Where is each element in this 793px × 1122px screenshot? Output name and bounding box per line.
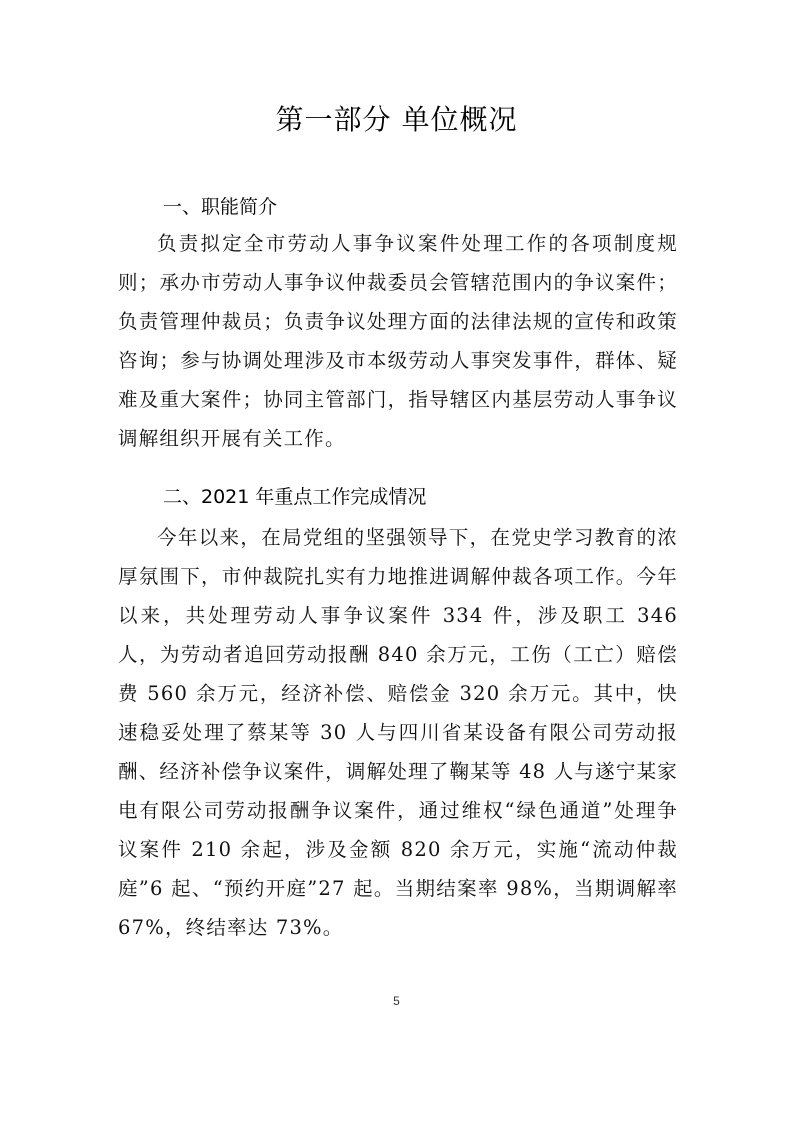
section-heading-functions: 一、职能简介: [163, 193, 277, 221]
section-heading-2021-work: 二、2021 年重点工作完成情况: [163, 483, 426, 511]
paragraph-2021-work: 今年以来，在局党组的坚强领导下，在党史学习教育的浓厚氛围下，市仲裁院扎实有力地推…: [118, 518, 678, 947]
page-title: 第一部分 单位概况: [0, 100, 793, 140]
paragraph-functions: 负责拟定全市劳动人事争议案件处理工作的各项制度规则；承办市劳动人事争议仲裁委员会…: [118, 224, 678, 458]
page-number: 5: [0, 994, 793, 1008]
document-page: 第一部分 单位概况 一、职能简介 负责拟定全市劳动人事争议案件处理工作的各项制度…: [0, 0, 793, 1122]
